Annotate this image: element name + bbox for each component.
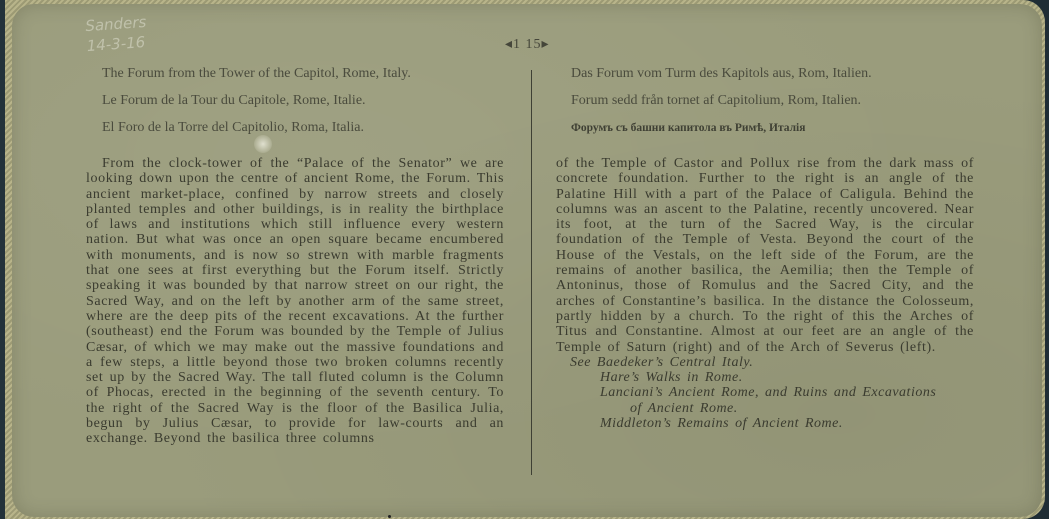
card-number: ◂1 15▸: [505, 36, 550, 53]
title-english: The Forum from the Tower of the Capitol,…: [102, 64, 411, 91]
titles-left: The Forum from the Tower of the Capitol,…: [102, 64, 411, 145]
column-divider: [531, 70, 532, 475]
references-list: See Baedeker’s Central Italy. Hare’s Wal…: [556, 355, 974, 431]
reference-item: See Baedeker’s Central Italy.: [556, 355, 974, 370]
body-paragraph-left: From the clock-tower of the “Palace of t…: [86, 156, 504, 447]
title-french: Le Forum de la Tour du Capitole, Rome, I…: [102, 91, 411, 118]
pencil-handwriting: Sanders 14-3-16: [85, 12, 149, 56]
paper-stain: [254, 135, 272, 153]
ink-speck: [388, 515, 391, 518]
title-german: Das Forum vom Turm des Kapitols aus, Rom…: [571, 64, 872, 91]
ornament-right-icon: ▸: [542, 37, 550, 52]
body-paragraph-right: of the Temple of Castor and Pollux rise …: [556, 156, 974, 355]
body-text-left: From the clock-tower of the “Palace of t…: [86, 156, 504, 447]
card-number-value: 1 15: [513, 37, 542, 52]
title-swedish: Forum sedd från tornet af Capitolium, Ro…: [571, 91, 872, 118]
body-text-right: of the Temple of Castor and Pollux rise …: [556, 156, 974, 431]
reference-item-continuation: of Ancient Rome.: [556, 401, 974, 416]
reference-item: Hare’s Walks in Rome.: [556, 370, 974, 385]
reference-item: Middleton’s Remains of Ancient Rome.: [556, 416, 974, 431]
reference-item: Lanciani’s Ancient Rome, and Ruins and E…: [556, 385, 974, 400]
ornament-left-icon: ◂: [505, 37, 513, 52]
title-russian: Форумъ съ башни капитола въ Римѣ, Италія: [571, 118, 872, 145]
titles-right: Das Forum vom Turm des Kapitols aus, Rom…: [571, 64, 872, 145]
